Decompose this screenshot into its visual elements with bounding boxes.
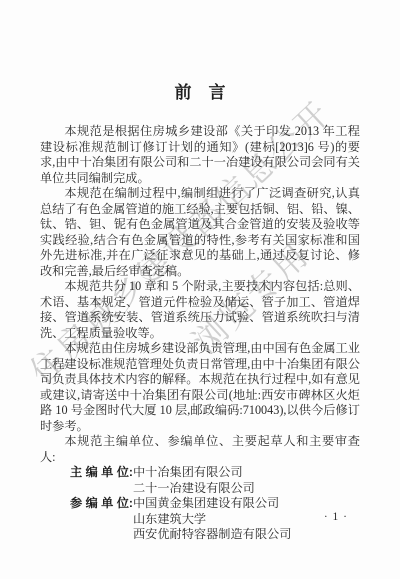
chief-editor-unit-items: 中十冶集团有限公司 二十一冶建设有限公司 — [133, 465, 255, 496]
page-title: 前 言 — [0, 78, 400, 103]
paragraph-5: 本规范主编单位、参编单位、主要起草人和主要审查人: — [40, 434, 360, 465]
credit-item: 二十一冶建设有限公司 — [133, 481, 255, 497]
credits-block: 主 编 单 位: 中十冶集团有限公司 二十一冶建设有限公司 参 编 单 位: 中… — [40, 465, 360, 543]
preface-body: 本规范是根据住房城乡建设部《关于印发 2013 年工程建设标准规范制订修订计划的… — [40, 124, 360, 543]
chief-editor-unit-row: 主 编 单 位: 中十冶集团有限公司 二十一冶建设有限公司 — [70, 465, 360, 496]
credit-item: 中十冶集团有限公司 — [133, 465, 255, 481]
participating-unit-row: 参 编 单 位: 中国黄金集团建设有限公司 山东建筑大学 西安优耐特容器制造有限… — [70, 496, 360, 543]
participating-unit-label: 参 编 单 位: — [70, 496, 133, 512]
paragraph-4: 本规范由住房城乡建设部负责管理,由中国有色金属工业工程建设标准规范管理处负责日常… — [40, 341, 360, 434]
paragraph-1: 本规范是根据住房城乡建设部《关于印发 2013 年工程建设标准规范制订修订计划的… — [40, 124, 360, 186]
credit-item: 西安优耐特容器制造有限公司 — [133, 527, 291, 543]
document-page: 住房城乡建设部信息公开 浏览专用 前 言 本规范是根据住房城乡建设部《关于印发 … — [0, 0, 400, 579]
chief-editor-unit-label: 主 编 单 位: — [70, 465, 133, 481]
credit-item: 山东建筑大学 — [133, 512, 291, 528]
participating-unit-items: 中国黄金集团建设有限公司 山东建筑大学 西安优耐特容器制造有限公司 — [133, 496, 291, 543]
page-number: · 1 · — [324, 511, 348, 523]
credit-item: 中国黄金集团建设有限公司 — [133, 496, 291, 512]
paragraph-3: 本规范共分 10 章和 5 个附录,主要技术内容包括:总则、术语、基本规定、管道… — [40, 279, 360, 341]
paragraph-2: 本规范在编制过程中,编制组进行了广泛调查研究,认真总结了有色金属管道的施工经验,… — [40, 186, 360, 279]
